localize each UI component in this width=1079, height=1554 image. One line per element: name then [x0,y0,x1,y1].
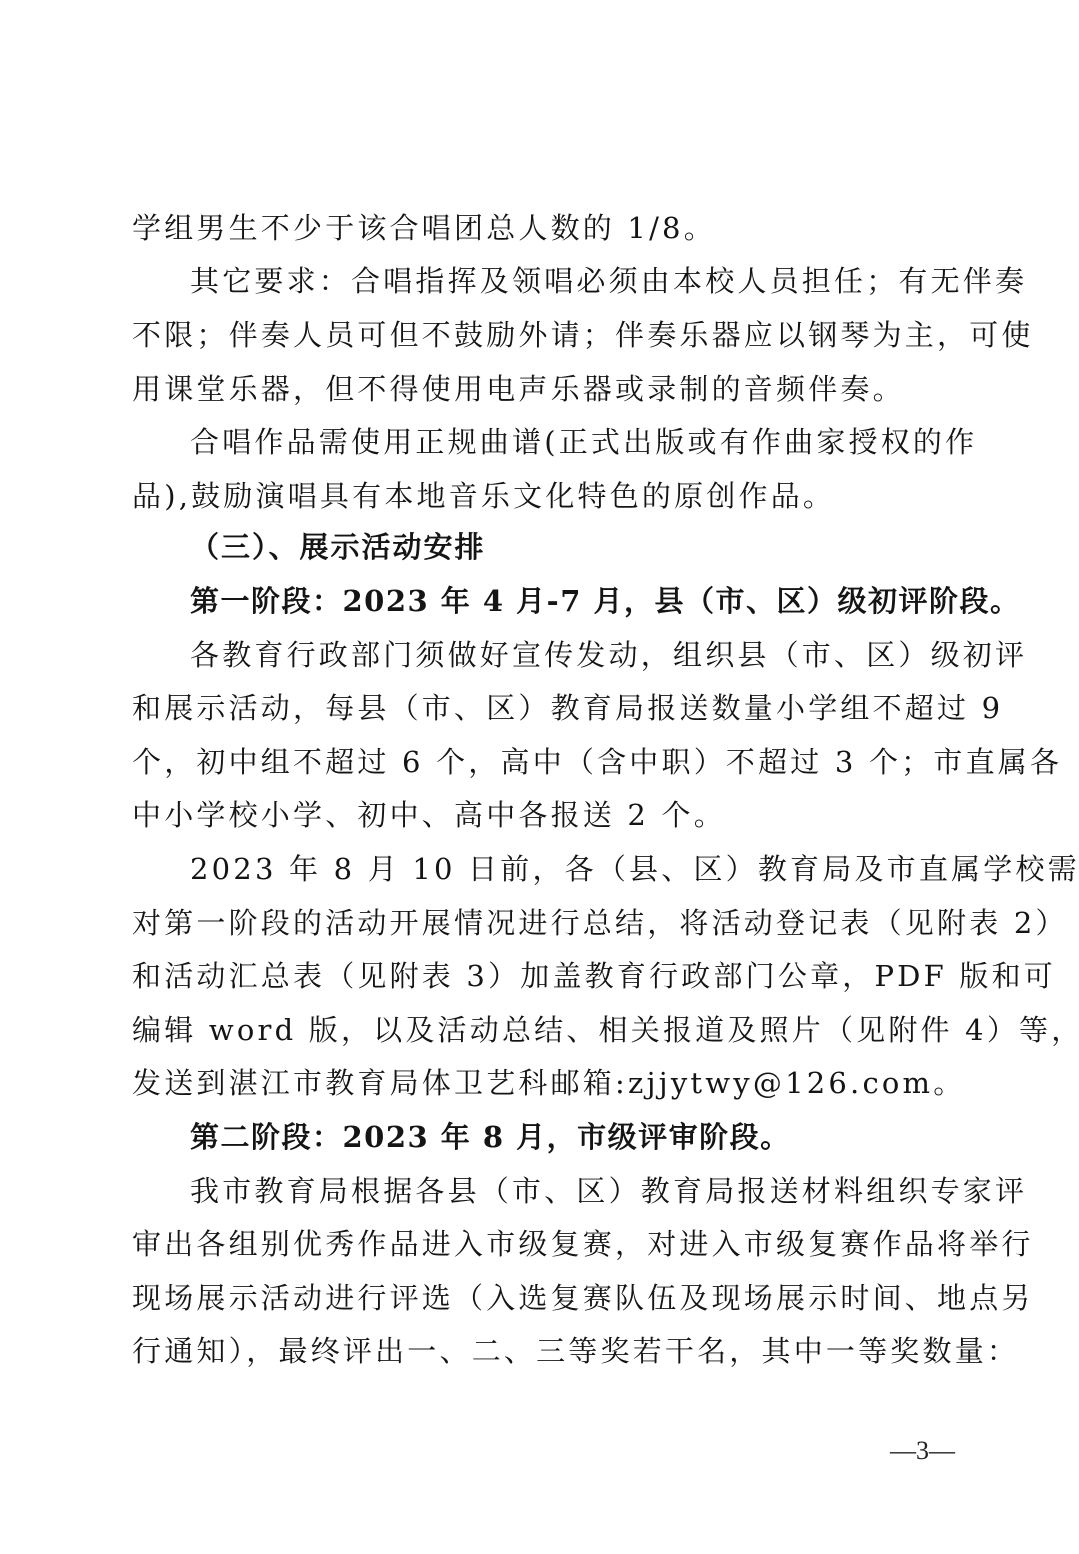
body-text-line: 不限；伴奏人员可但不鼓励外请；伴奏乐器应以钢琴为主，可使 [132,317,952,353]
body-text-line: 对第一阶段的活动开展情况进行总结，将活动登记表（见附表 2） [132,905,952,941]
body-text-line: 品),鼓励演唱具有本地音乐文化特色的原创作品。 [132,478,952,514]
phase-heading: 第二阶段：2023 年 8 月，市级评审阶段。 [190,1119,1010,1155]
body-text-line: 编辑 word 版，以及活动总结、相关报道及照片（见附件 4）等， [132,1012,952,1048]
body-text-line: 合唱作品需使用正规曲谱(正式出版或有作曲家授权的作 [190,424,1010,460]
body-text-line: 中小学校小学、初中、高中各报送 2 个。 [132,797,952,833]
body-text-line: 审出各组别优秀作品进入市级复赛，对进入市级复赛作品将举行 [132,1226,952,1262]
body-text-line: 学组男生不少于该合唱团总人数的 1/8。 [132,210,952,246]
page-number: —3— [890,1436,955,1466]
body-text-line: 和活动汇总表（见附表 3）加盖教育行政部门公章，PDF 版和可 [132,958,952,994]
body-text-line: 用课堂乐器，但不得使用电声乐器或录制的音频伴奏。 [132,371,952,407]
section-heading: （三）、展示活动安排 [190,529,1010,565]
email-text-line: 发送到湛江市教育局体卫艺科邮箱:zjjytwy@126.com。 [132,1065,952,1101]
document-page: 学组男生不少于该合唱团总人数的 1/8。 其它要求：合唱指挥及领唱必须由本校人员… [0,0,1079,1554]
body-text-line: 个，初中组不超过 6 个，高中（含中职）不超过 3 个；市直属各 [132,744,952,780]
body-text-line: 行通知），最终评出一、二、三等奖若干名，其中一等奖数量： [132,1333,952,1369]
body-text-line: 其它要求：合唱指挥及领唱必须由本校人员担任；有无伴奏 [190,263,1010,299]
body-text-line: 各教育行政部门须做好宣传发动，组织县（市、区）级初评 [190,637,1010,673]
body-text-line: 2023 年 8 月 10 日前，各（县、区）教育局及市直属学校需 [190,851,1010,887]
body-text-line: 我市教育局根据各县（市、区）教育局报送材料组织专家评 [190,1173,1010,1209]
phase-heading: 第一阶段：2023 年 4 月-7 月，县（市、区）级初评阶段。 [190,583,1010,619]
body-text-line: 现场展示活动进行评选（入选复赛队伍及现场展示时间、地点另 [132,1280,952,1316]
body-text-line: 和展示活动，每县（市、区）教育局报送数量小学组不超过 9 [132,690,952,726]
